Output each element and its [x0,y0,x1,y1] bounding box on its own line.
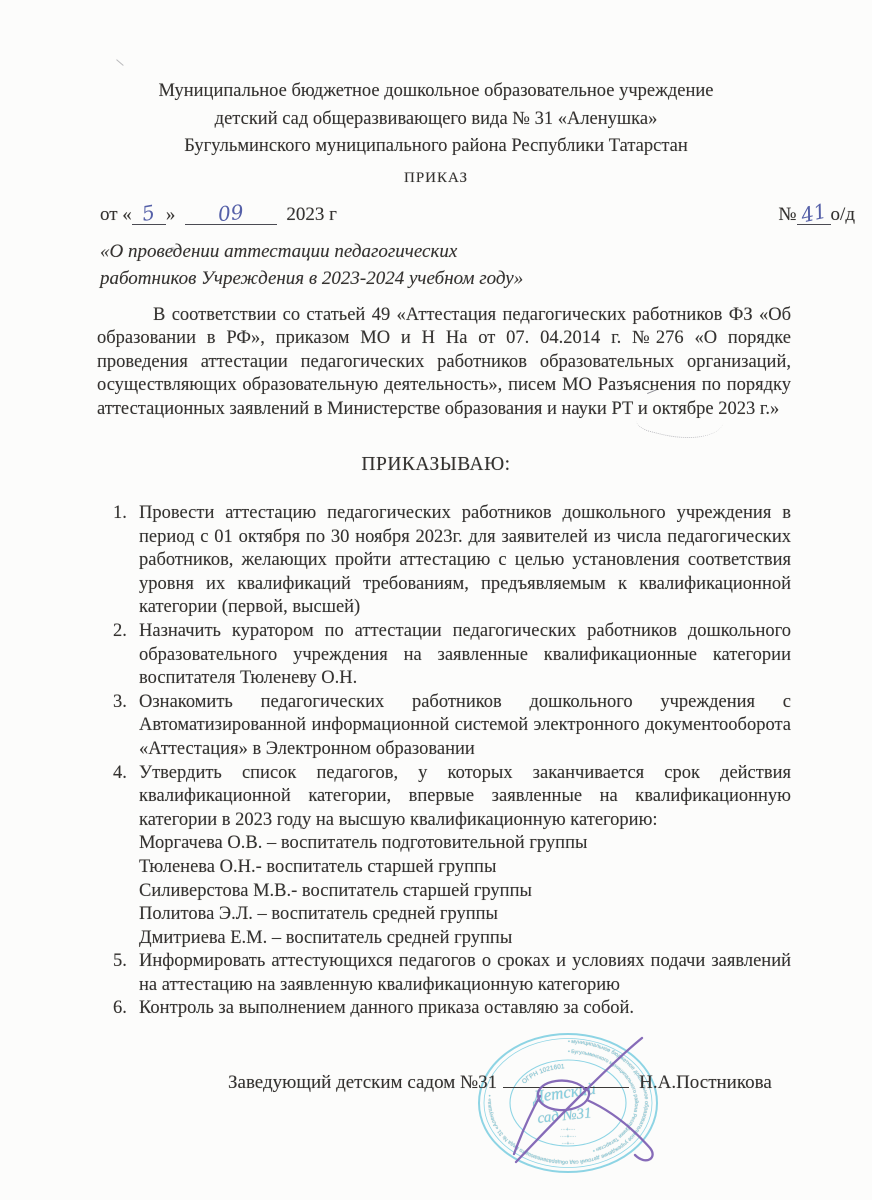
item-text: Контроль за выполнением данного приказа … [139,997,791,1021]
order-items-list: 1. Провести аттестацию педагогических ра… [113,502,791,1021]
teacher-list: Моргачева О.В. – воспитатель подготовите… [139,832,791,950]
item-text: Информировать аттестующихся педагогов о … [139,950,791,997]
subject-line-1: «О проведении аттестации педагогических [100,238,580,265]
order-number-field: №41о/д [778,203,855,226]
list-item: 4. Утвердить список педагогов, у которых… [113,762,791,951]
signatory-role: Заведующий детским садом №31 [228,1072,497,1093]
item-number: 4. [113,762,139,951]
teacher-line: Тюленева О.Н.- воспитатель старшей групп… [139,856,791,880]
intro-paragraph: В соответствии со статьей 49 «Аттестация… [97,304,791,421]
handwritten-day: 5 [141,202,157,224]
item-number: 5. [113,950,139,997]
item-text-lead: Утвердить список педагогов, у которых за… [139,763,791,830]
item-number: 2. [113,620,139,691]
handwritten-month: 09 [217,202,244,225]
org-header: Муниципальное бюджетное дошкольное образ… [60,78,812,161]
list-item: 3. Ознакомить педагогических работников … [113,691,791,762]
org-name-line-3: Бугульминского муниципального района Рес… [60,133,812,161]
teacher-line: Политова Э.Л. – воспитатель средней груп… [139,903,791,927]
item-text: Ознакомить педагогических работников дош… [139,691,791,762]
teacher-line: Силиверстова М.В.- воспитатель старшей г… [139,880,791,904]
list-item: 5. Информировать аттестующихся педагогов… [113,950,791,997]
item-number: 1. [113,502,139,620]
item-text: Назначить куратором по аттестации педаго… [139,620,791,691]
date-and-number-row: от «5» 09 2023 г №41о/д [100,203,855,233]
org-name-line-2: детский сад общеразвивающего вида № 31 «… [60,106,812,134]
org-name-line-1: Муниципальное бюджетное дошкольное образ… [60,78,812,106]
date-close-quote: » [166,204,176,225]
number-suffix: о/д [831,204,855,225]
date-from-label: от « [100,204,132,225]
number-label: № [778,204,796,225]
handwritten-signature [468,1016,693,1184]
handwritten-number: 41 [799,201,828,226]
teacher-line: Дмитриева Е.М. – воспитатель средней гру… [139,927,791,951]
order-heading: ПРИКАЗЫВАЮ: [0,454,872,476]
order-number-slot: 41 [797,203,831,225]
list-item: 1. Провести аттестацию педагогических ра… [113,502,791,620]
list-item: 2. Назначить куратором по аттестации пед… [113,620,791,691]
item-text: Провести аттестацию педагогических работ… [139,502,791,620]
date-field: от «5» 09 2023 г [100,203,337,226]
scanned-order-document: Муниципальное бюджетное дошкольное образ… [0,0,872,1200]
item-number: 6. [113,997,139,1021]
date-month-slot: 09 [185,203,277,225]
item-text: Утвердить список педагогов, у которых за… [139,762,791,951]
date-year: 2023 г [286,204,337,225]
document-type-title: ПРИКАЗ [0,170,872,187]
subject-line-2: работников Учреждения в 2023-2024 учебно… [100,265,580,292]
item-number: 3. [113,691,139,762]
order-subject: «О проведении аттестации педагогических … [100,238,580,292]
scan-noise [116,53,129,66]
date-day-slot: 5 [132,203,166,225]
teacher-line: Моргачева О.В. – воспитатель подготовите… [139,832,791,856]
